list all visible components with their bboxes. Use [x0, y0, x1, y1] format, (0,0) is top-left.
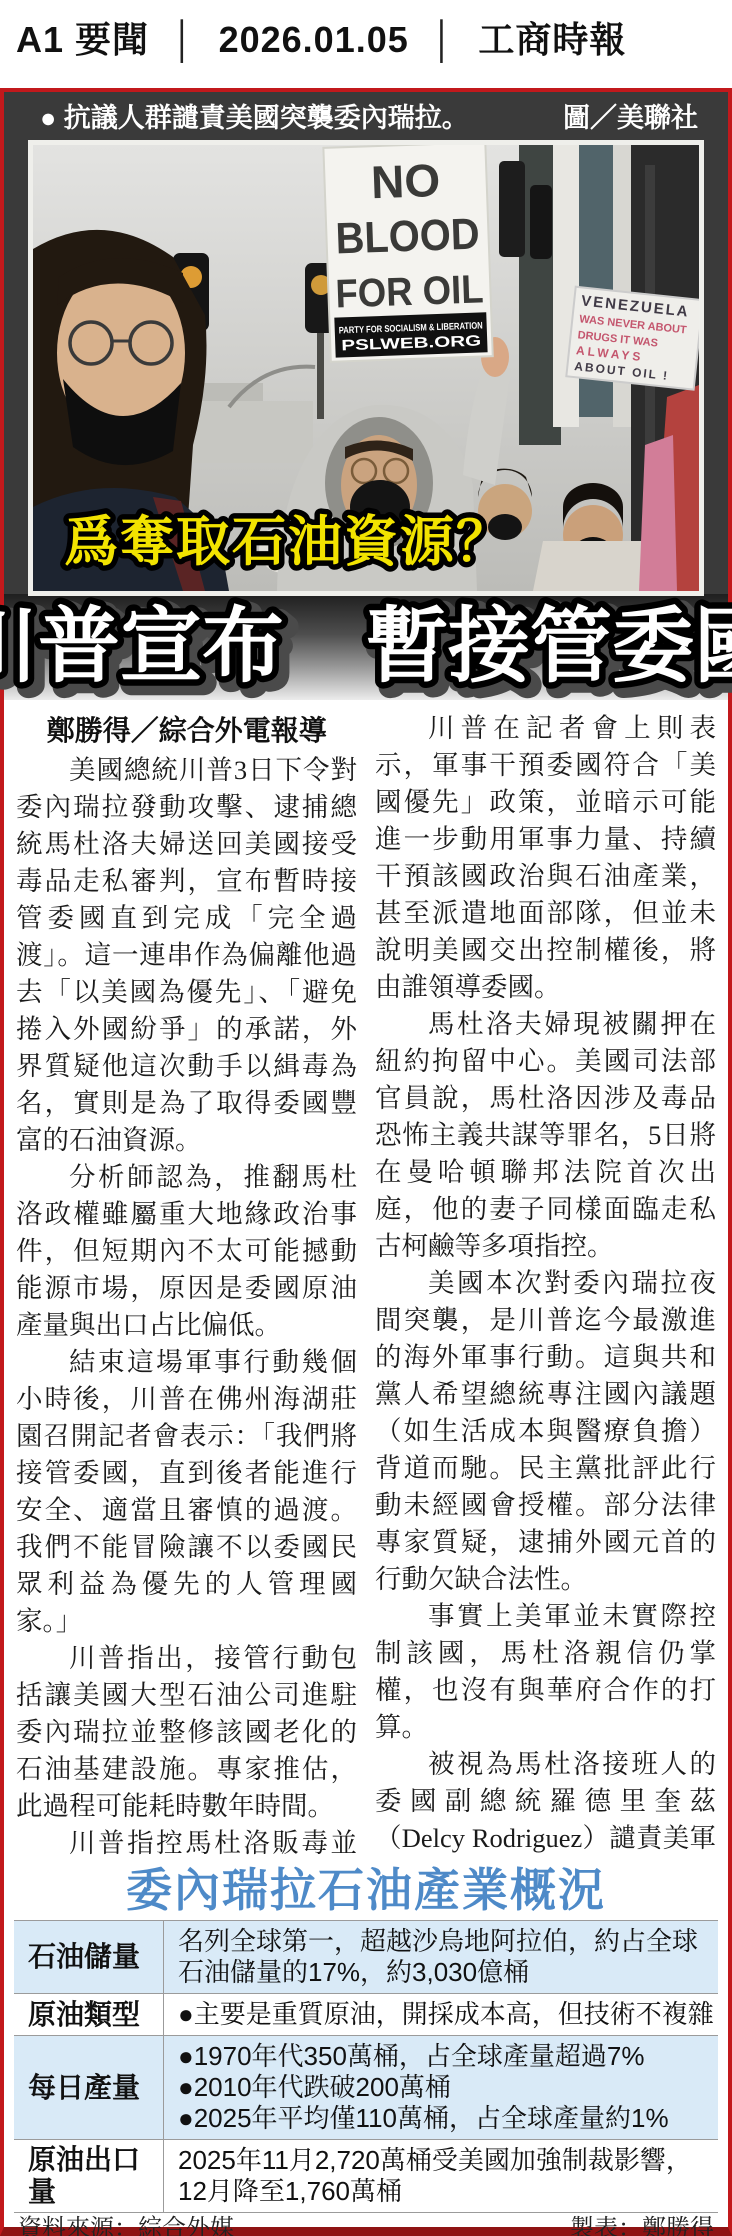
table-content-line: ●1970年代350萬桶，占全球產量超過7%: [178, 2041, 714, 2072]
signal-box: [530, 185, 552, 259]
kicker-text: 爲奪取石油資源？: [64, 512, 512, 572]
paper-name: 工商時報: [478, 19, 626, 60]
no-blood-for-oil-sign: NO BLOOD FOR OIL PARTY FOR SOCIALISM & L…: [323, 145, 492, 362]
table-row-content: 名列全球第一，超越沙烏地阿拉伯，約占全球石油儲量的17%，約3,030億桶: [164, 1921, 718, 1993]
newspaper-page: A1 要聞 │ 2026.01.05 │ 工商時報 ● 抗議人群譴責美國突襲委內…: [0, 0, 732, 2236]
masthead: A1 要聞 │ 2026.01.05 │ 工商時報: [0, 0, 732, 88]
sign-line: NO: [370, 154, 441, 208]
article-paragraph: 分析師認為，推翻馬杜洛政權雖屬重大地緣政治事件，但短期內不太可能撼動能源市場，原…: [16, 1159, 357, 1344]
kicker-headline: 爲奪取石油資源？: [58, 496, 678, 587]
article-paragraph: 川普在記者會上則表示，軍事干預委國符合「美國優先」政策，並暗示可能進一步動用軍事…: [375, 710, 716, 1006]
table-content-line: 名列全球第一，超越沙烏地阿拉伯，約占全球石油儲量的17%，約3,030億桶: [178, 1926, 714, 1988]
source-note: 資料來源：綜合外媒: [18, 2215, 234, 2236]
divider-glyph: │: [432, 19, 456, 60]
table-row-label: 原油類型: [14, 1994, 164, 2035]
table-content-line: ●主要是重質原油，開採成本高，但技術不複雜: [178, 1999, 714, 2030]
article-paragraph: 川普指出，接管行動包括讓美國大型石油公司進駐委內瑞拉並整修該國老化的石油基建設施…: [16, 1640, 357, 1825]
table-content-line: 2025年11月2,720萬桶受美國加強制裁影響，12月降至1,760萬桶: [178, 2145, 714, 2207]
table-row-label: 石油儲量: [14, 1921, 164, 1993]
caption-bar: ● 抗議人群譴責美國突襲委內瑞拉。 圖／美聯社: [28, 98, 704, 136]
table-row: 每日產量●1970年代350萬桶，占全球產量超過7%●2010年代跌破200萬桶…: [14, 2036, 718, 2140]
table-footer: 資料來源：綜合外媒 製表：鄭勝得: [14, 2213, 718, 2236]
background-building: [183, 401, 313, 463]
main-headline-band: 川普宣布 暫接管委國 川普宣布 暫接管委國: [4, 594, 728, 700]
sign-line: BLOOD: [335, 210, 481, 264]
table-title: 委內瑞拉石油產業概況: [14, 1860, 718, 1920]
news-frame: ● 抗議人群譴責美國突襲委內瑞拉。 圖／美聯社: [0, 88, 732, 2236]
byline: 鄭勝得／綜合外電報導: [16, 710, 357, 752]
credit-note: 製表：鄭勝得: [570, 2215, 714, 2236]
traffic-light-pole: [317, 333, 324, 419]
table-row-label: 原油出口量: [14, 2140, 164, 2212]
main-headline: 川普宣布 暫接管委國: [0, 601, 732, 692]
table-content-line: ●2025年平均僅110萬桶，占全球產量約1%: [178, 2103, 714, 2134]
article-paragraph: 馬杜洛夫婦現被關押在紐約拘留中心。美國司法部官員說，馬杜洛因涉及毒品恐怖主義共謀…: [375, 1006, 716, 1265]
table-row: 原油出口量2025年11月2,720萬桶受美國加強制裁影響，12月降至1,760…: [14, 2140, 718, 2212]
article-paragraph: 事實上美軍並未實際控制該國，馬杜洛親信仍掌權，也沒有與華府合作的打算。: [375, 1598, 716, 1746]
venezuela-sign: VENEZUELA WAS NEVER ABOUT DRUGS IT WAS A…: [566, 287, 699, 390]
edition-label: A1: [16, 19, 64, 60]
table-row-content: ●1970年代350萬桶，占全球產量超過7%●2010年代跌破200萬桶●202…: [164, 2036, 718, 2139]
photo-section: ● 抗議人群譴責美國突襲委內瑞拉。 圖／美聯社: [4, 92, 728, 594]
article-paragraph: 美國本次對委內瑞拉夜間突襲，是川普迄今最激進的海外軍事行動。這與共和黨人希望總統…: [375, 1265, 716, 1598]
oil-industry-infographic: 委內瑞拉石油產業概況 石油儲量名列全球第一，超越沙烏地阿拉伯，約占全球石油儲量的…: [4, 1858, 728, 2236]
article-paragraph: 結束這場軍事行動幾個小時後，川普在佛州海湖莊園召開記者會表示：「我們將接管委國，…: [16, 1344, 357, 1640]
sign-line: FOR OIL: [335, 267, 484, 316]
table-row-label: 每日產量: [14, 2036, 164, 2139]
table-row: 原油類型●主要是重質原油，開採成本高，但技術不複雜: [14, 1994, 718, 2036]
article-column-right: 川普在記者會上則表示，軍事干預委國符合「美國優先」政策，並暗示可能進一步動用軍事…: [375, 710, 716, 1858]
article-paragraph: 川普指控馬杜洛販毒並利用石油收入資助毒品犯罪活動。馬杜洛曾多次表示，美國軍事行動…: [16, 1825, 357, 1858]
article-body: 鄭勝得／綜合外電報導 美國總統川普3日下令對委內瑞拉發動攻擊、逮捕總統馬杜洛夫婦…: [4, 700, 728, 1858]
table-row-content: ●主要是重質原油，開採成本高，但技術不複雜: [164, 1994, 718, 2035]
photo-credit: 圖／美聯社: [563, 100, 698, 136]
section-label: 要聞: [75, 19, 149, 60]
building-strip: [613, 145, 633, 427]
divider-glyph: │: [172, 19, 196, 60]
table-content-line: ●2010年代跌破200萬桶: [178, 2072, 714, 2103]
table-row: 石油儲量名列全球第一，超越沙烏地阿拉伯，約占全球石油儲量的17%，約3,030億…: [14, 1921, 718, 1994]
article-paragraph: 美國總統川普3日下令對委內瑞拉發動攻擊、逮捕總統馬杜洛夫婦送回美國接受毒品走私審…: [16, 752, 357, 1159]
article-paragraph: 被視為馬杜洛接班人的委國副總統羅德里奎茲（Delcy Rodriguez）譴責美…: [375, 1746, 716, 1858]
table-body: 石油儲量名列全球第一，超越沙烏地阿拉伯，約占全球石油儲量的17%，約3,030億…: [14, 1920, 718, 2213]
article-column-left: 鄭勝得／綜合外電報導 美國總統川普3日下令對委內瑞拉發動攻擊、逮捕總統馬杜洛夫婦…: [16, 710, 357, 1858]
signal-box: [499, 161, 525, 257]
photo-caption: ● 抗議人群譴責美國突襲委內瑞拉。: [40, 100, 469, 136]
table-row-content: 2025年11月2,720萬桶受美國加強制裁影響，12月降至1,760萬桶: [164, 2140, 718, 2212]
date-label: 2026.01.05: [219, 19, 409, 60]
